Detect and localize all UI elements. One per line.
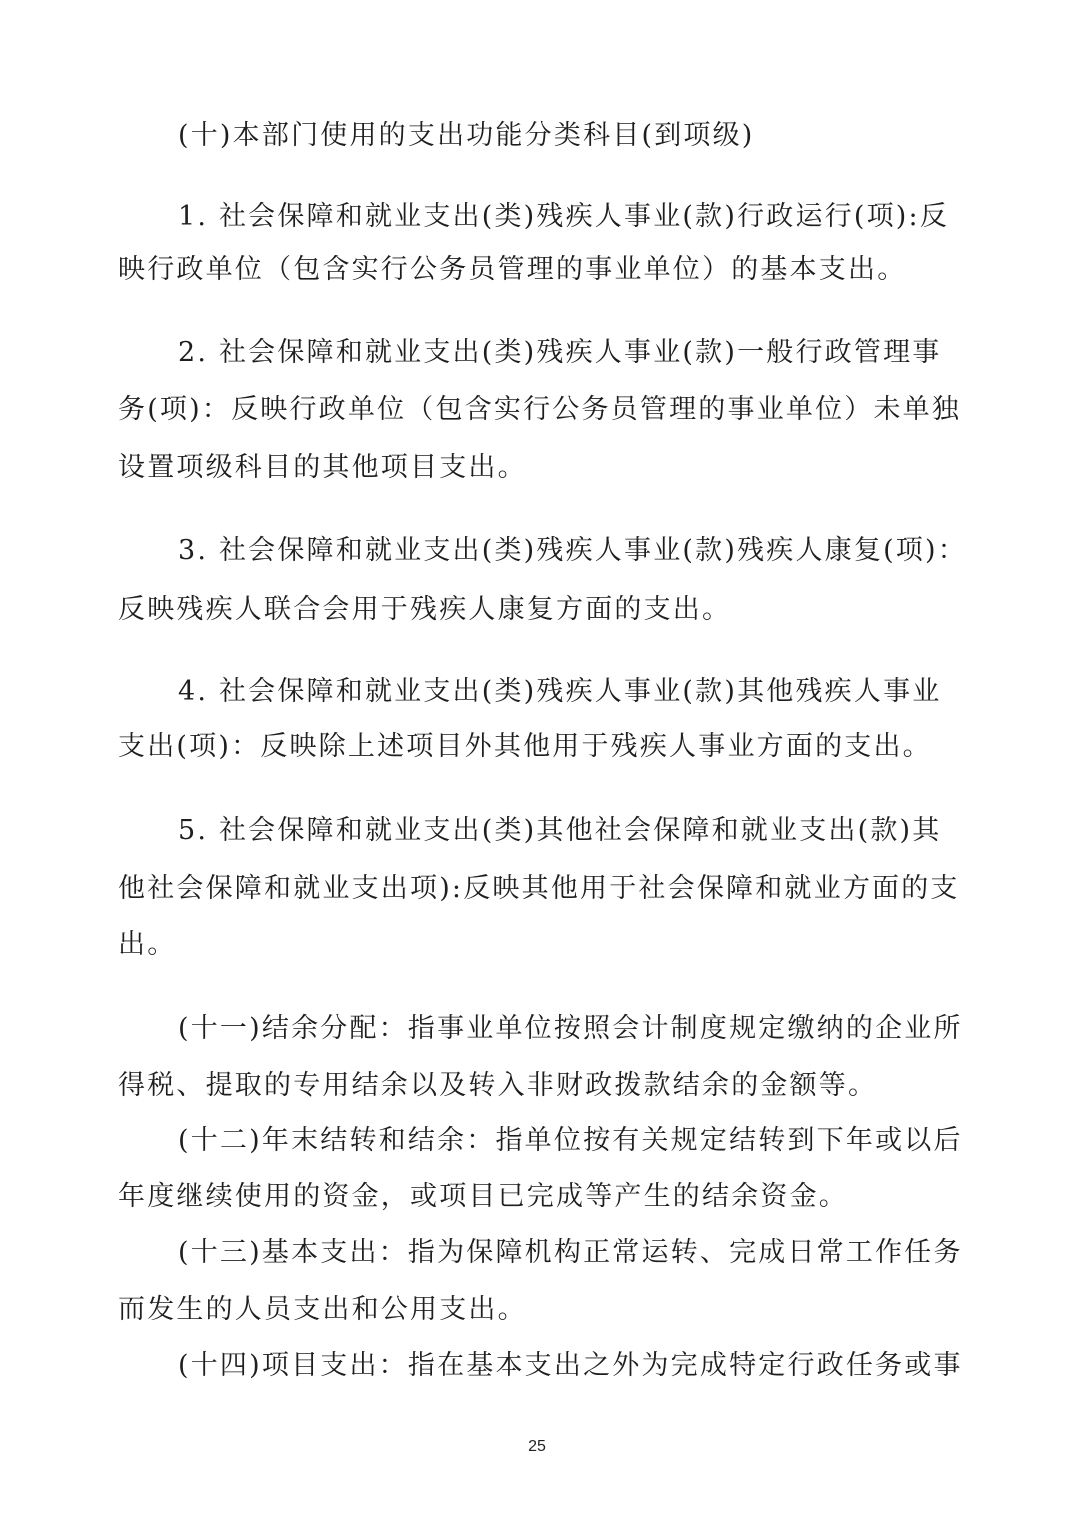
document-page: (十)本部门使用的支出功能分类科目(到项级) 1. 社会保障和就业支出(类)残疾… [0, 0, 1074, 1520]
item-2-line-3: 设置项级科目的其他项目支出。 [118, 452, 527, 484]
item-3-line-2: 反映残疾人联合会用于残疾人康复方面的支出。 [118, 594, 731, 626]
section-12-line-2: 年度继续使用的资金，或项目已完成等产生的结余资金。 [118, 1181, 848, 1213]
item-3-line-1: 3. 社会保障和就业支出(类)残疾人事业(款)残疾人康复(项)： [178, 535, 967, 567]
item-5-line-2: 他社会保障和就业支出项):反映其他用于社会保障和就业方面的支 [118, 873, 960, 905]
section-11-line-1: (十一)结余分配：指事业单位按照会计制度规定缴纳的企业所 [178, 1013, 963, 1045]
section-14-line-1: (十四)项目支出：指在基本支出之外为完成特定行政任务或事 [178, 1350, 963, 1382]
item-4-line-1: 4. 社会保障和就业支出(类)残疾人事业(款)其他残疾人事业 [178, 676, 941, 708]
section-13-line-2: 而发生的人员支出和公用支出。 [118, 1294, 527, 1326]
section-heading: (十)本部门使用的支出功能分类科目(到项级) [178, 120, 755, 152]
item-5-line-3: 出。 [118, 929, 176, 961]
item-2-line-2: 务(项)：反映行政单位（包含实行公务员管理的事业单位）未单独 [118, 394, 961, 426]
section-11-line-2: 得税、提取的专用结余以及转入非财政拨款结余的金额等。 [118, 1070, 877, 1102]
item-4-line-2: 支出(项)：反映除上述项目外其他用于残疾人事业方面的支出。 [118, 731, 932, 763]
section-13-line-1: (十三)基本支出：指为保障机构正常运转、完成日常工作任务 [178, 1237, 963, 1269]
page-number: 25 [0, 1438, 1074, 1456]
item-1-line-2: 映行政单位（包含实行公务员管理的事业单位）的基本支出。 [118, 254, 906, 286]
section-12-line-1: (十二)年末结转和结余：指单位按有关规定结转到下年或以后 [178, 1125, 963, 1157]
item-5-line-1: 5. 社会保障和就业支出(类)其他社会保障和就业支出(款)其 [178, 815, 941, 847]
item-1-line-1: 1. 社会保障和就业支出(类)残疾人事业(款)行政运行(项):反 [178, 201, 949, 233]
item-2-line-1: 2. 社会保障和就业支出(类)残疾人事业(款)一般行政管理事 [178, 337, 941, 369]
